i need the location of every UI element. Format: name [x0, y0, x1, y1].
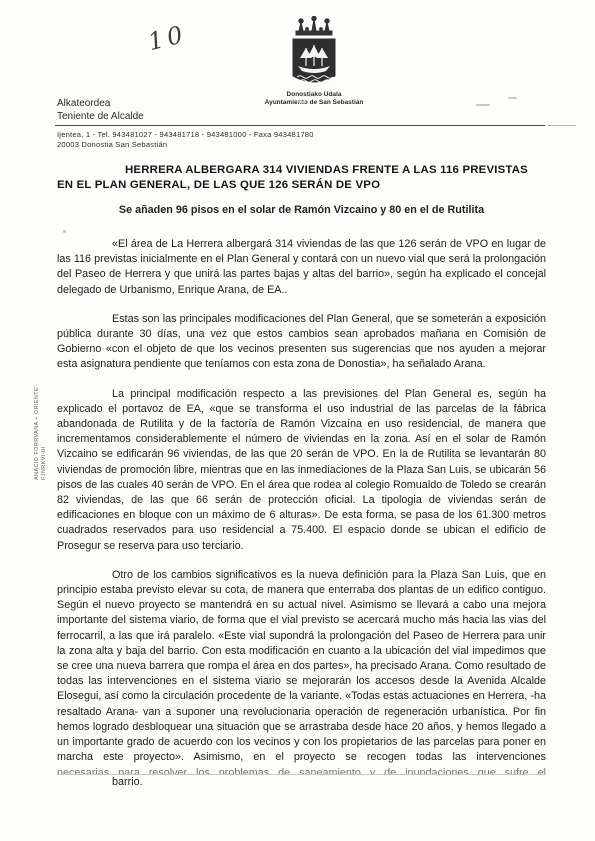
- department-block: Alkateordea Teniente de Alcalde: [57, 97, 144, 123]
- paragraph-4: Otro de los cambios significativos es la…: [57, 568, 546, 766]
- scan-speckle: [63, 230, 66, 233]
- degraded-scan-line: necesarias para resolver los problemas d…: [57, 766, 546, 775]
- address-line: Ijentea, 1 - Tel. 943481027 - 943481718 …: [57, 130, 314, 140]
- scan-speckle: [476, 104, 490, 106]
- paragraph-2: Estas son las principales modificaciones…: [57, 312, 546, 373]
- department-basque: Alkateordea: [57, 97, 144, 110]
- paragraph-3: La principal modificación respecto a las…: [57, 387, 546, 554]
- ship-shield-icon: [292, 38, 336, 88]
- letterhead-divider-faint: [548, 125, 576, 126]
- department-spanish: Teniente de Alcalde: [57, 110, 144, 123]
- press-release-body: «El área de La Herrera albergará 314 viv…: [57, 237, 546, 804]
- org-name-basque: Donostiako Udala: [250, 91, 378, 99]
- fax-stamp: ANACIO FORRVANA + ORIENTE FJNRKVI-III: [34, 387, 48, 480]
- crown-icon: [290, 16, 338, 38]
- scan-speckle: [298, 101, 306, 103]
- city-line: 20003 Donostia San Sebastián: [57, 140, 314, 150]
- letterhead-logo: Donostiako Udala Ayuntamiento de San Seb…: [250, 16, 378, 107]
- subheadline: Se añaden 96 pisos en el solar de Ramón …: [57, 204, 546, 216]
- fax-stamp-line2: FJNRKVI-III: [41, 387, 48, 480]
- org-name-spanish: Ayuntamiento de San Sebastián: [250, 99, 378, 107]
- address-block: Ijentea, 1 - Tel. 943481027 - 943481718 …: [57, 130, 314, 149]
- paragraph-4-last-word: barrio.: [57, 775, 546, 790]
- fax-stamp-line1: ANACIO FORRVANA + ORIENTE: [34, 387, 41, 480]
- scanned-press-release-page: 10: [0, 0, 595, 841]
- headline: HERRERA ALBERGARA 314 VIVIENDAS FRENTE A…: [57, 163, 546, 192]
- paragraph-1: «El área de La Herrera albergará 314 viv…: [57, 237, 546, 298]
- letterhead-divider: [55, 125, 545, 126]
- scan-speckle: [508, 97, 517, 99]
- handwritten-page-number: 10: [145, 20, 189, 56]
